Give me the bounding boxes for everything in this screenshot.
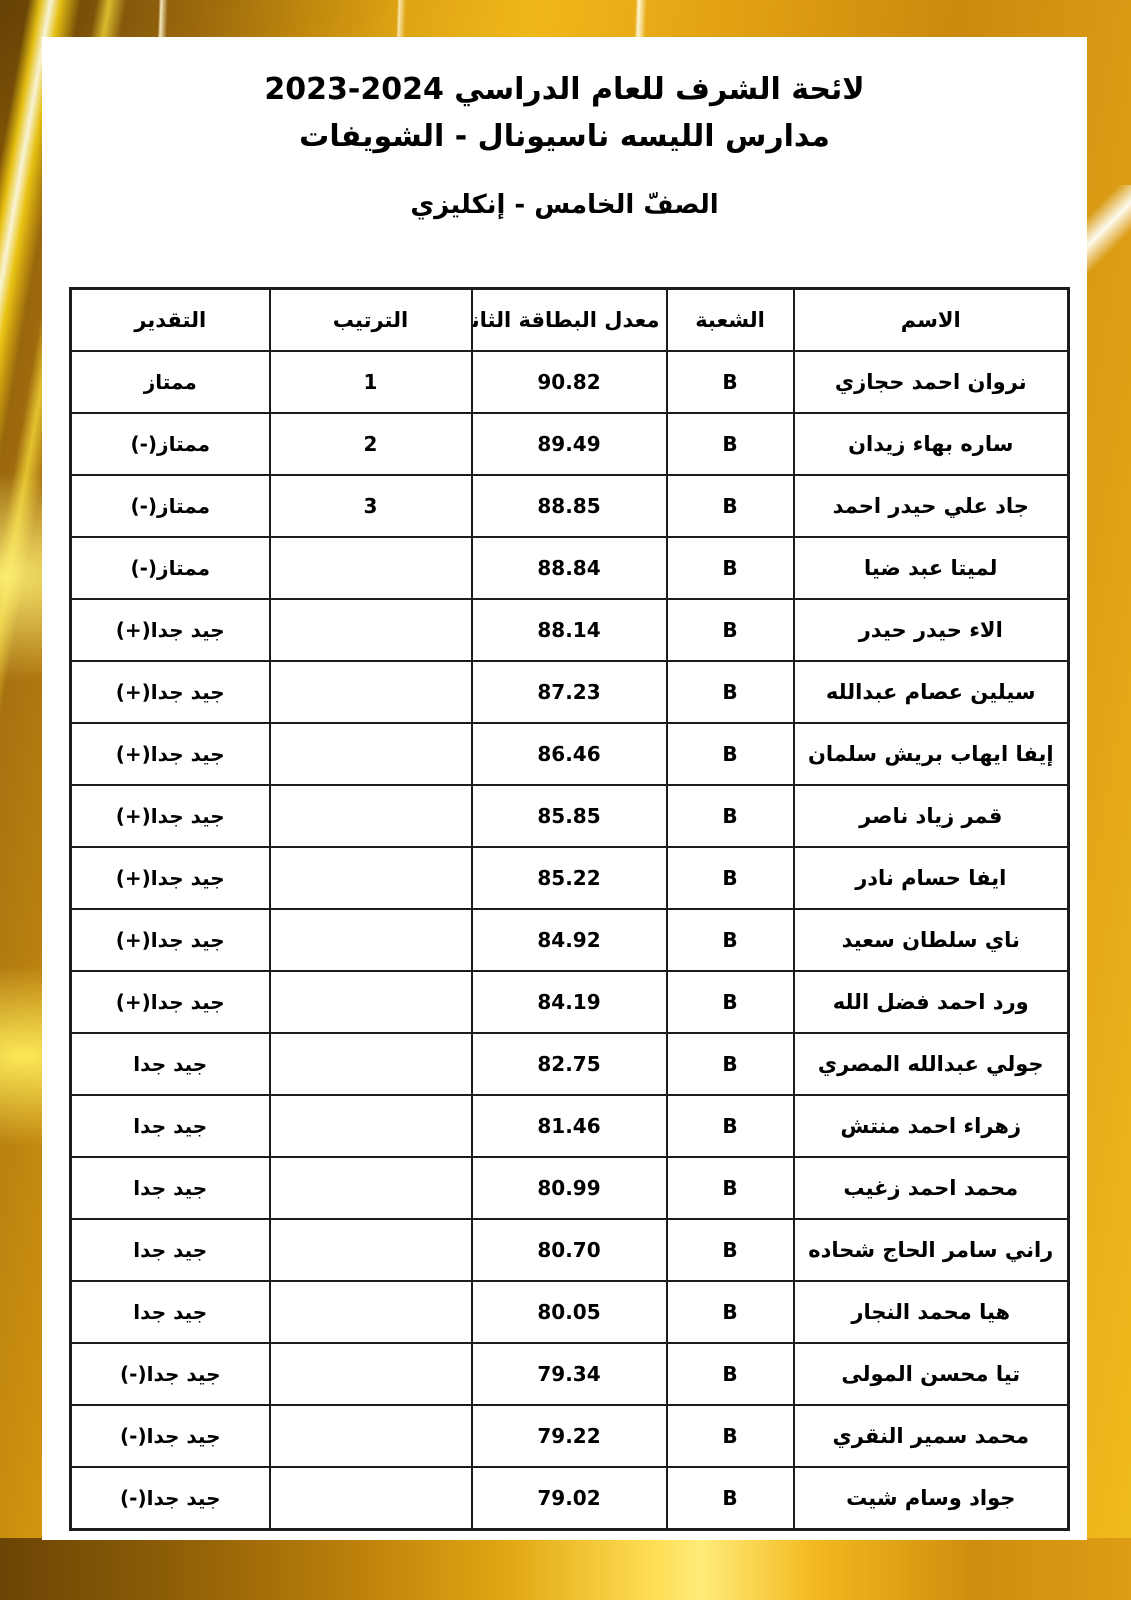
rank-cell: [270, 847, 472, 909]
student-name-cell: ايفا حسام نادر: [794, 847, 1069, 909]
rank-cell: [270, 1219, 472, 1281]
grade-cell: جيد جدا: [71, 1033, 270, 1095]
student-name-cell: لميتا عبد ضيا: [794, 537, 1069, 599]
grade-cell: جيد جدا: [71, 1095, 270, 1157]
student-name-cell: ناي سلطان سعيد: [794, 909, 1069, 971]
table-row: محمد سمير النقري B 79.22 جيد جدا(-): [71, 1405, 1069, 1467]
section-cell: B: [667, 351, 794, 413]
grade-cell: جيد جدا(+): [71, 847, 270, 909]
student-name-cell: تيا محسن المولى: [794, 1343, 1069, 1405]
rank-cell: [270, 599, 472, 661]
student-name-cell: جولي عبدالله المصري: [794, 1033, 1069, 1095]
grade-cell: جيد جدا(-): [71, 1405, 270, 1467]
student-name-cell: ورد احمد فضل الله: [794, 971, 1069, 1033]
grade-cell: جيد جدا(+): [71, 723, 270, 785]
document-page: لائحة الشرف للعام الدراسي 2024-2023 مدار…: [42, 37, 1087, 1540]
average-cell: 88.14: [472, 599, 667, 661]
section-cell: B: [667, 1219, 794, 1281]
average-cell: 80.70: [472, 1219, 667, 1281]
average-cell: 86.46: [472, 723, 667, 785]
grade-cell: ممتاز(-): [71, 537, 270, 599]
average-cell: 79.22: [472, 1405, 667, 1467]
table-row: ورد احمد فضل الله B 84.19 جيد جدا(+): [71, 971, 1069, 1033]
col-header-name: الاسم: [794, 289, 1069, 352]
title-block: لائحة الشرف للعام الدراسي 2024-2023 مدار…: [42, 37, 1087, 220]
table-row: جاد علي حيدر احمد B 88.85 3 ممتاز(-): [71, 475, 1069, 537]
table-row: ايفا حسام نادر B 85.22 جيد جدا(+): [71, 847, 1069, 909]
rank-cell: [270, 1095, 472, 1157]
rank-cell: 3: [270, 475, 472, 537]
section-cell: B: [667, 723, 794, 785]
student-name-cell: قمر زياد ناصر: [794, 785, 1069, 847]
grade-cell: جيد جدا(+): [71, 785, 270, 847]
rank-cell: [270, 1033, 472, 1095]
table-row: راني سامر الحاج شحاده B 80.70 جيد جدا: [71, 1219, 1069, 1281]
section-cell: B: [667, 1405, 794, 1467]
average-cell: 88.84: [472, 537, 667, 599]
rank-cell: 2: [270, 413, 472, 475]
average-cell: 84.19: [472, 971, 667, 1033]
grade-cell: ممتاز(-): [71, 475, 270, 537]
average-cell: 84.92: [472, 909, 667, 971]
rank-cell: [270, 1405, 472, 1467]
student-name-cell: سيلين عصام عبدالله: [794, 661, 1069, 723]
average-cell: 87.23: [472, 661, 667, 723]
section-cell: B: [667, 971, 794, 1033]
grade-cell: ممتاز: [71, 351, 270, 413]
student-name-cell: محمد احمد زغيب: [794, 1157, 1069, 1219]
section-cell: B: [667, 1157, 794, 1219]
table-row: زهراء احمد منتش B 81.46 جيد جدا: [71, 1095, 1069, 1157]
honor-roll-table: الاسم الشعبة معدل البطاقة الثانية الترتي…: [69, 287, 1070, 1531]
table-row: الاء حيدر حيدر B 88.14 جيد جدا(+): [71, 599, 1069, 661]
average-cell: 80.05: [472, 1281, 667, 1343]
rank-cell: [270, 1157, 472, 1219]
student-name-cell: زهراء احمد منتش: [794, 1095, 1069, 1157]
class-subject: الصفّ الخامس - إنكليزي: [42, 190, 1087, 220]
student-name-cell: إيفا ايهاب بريش سلمان: [794, 723, 1069, 785]
header-row: الاسم الشعبة معدل البطاقة الثانية الترتي…: [71, 289, 1069, 352]
table-row: هيا محمد النجار B 80.05 جيد جدا: [71, 1281, 1069, 1343]
student-name-cell: هيا محمد النجار: [794, 1281, 1069, 1343]
student-name-cell: جواد وسام شيت: [794, 1467, 1069, 1530]
student-name-cell: ساره بهاء زيدان: [794, 413, 1069, 475]
student-name-cell: جاد علي حيدر احمد: [794, 475, 1069, 537]
table-row: نروان احمد حجازي B 90.82 1 ممتاز: [71, 351, 1069, 413]
rank-cell: [270, 661, 472, 723]
grade-cell: جيد جدا(-): [71, 1467, 270, 1530]
section-cell: B: [667, 475, 794, 537]
table-row: ساره بهاء زيدان B 89.49 2 ممتاز(-): [71, 413, 1069, 475]
table-row: لميتا عبد ضيا B 88.84 ممتاز(-): [71, 537, 1069, 599]
section-cell: B: [667, 413, 794, 475]
col-header-rank: الترتيب: [270, 289, 472, 352]
table-row: محمد احمد زغيب B 80.99 جيد جدا: [71, 1157, 1069, 1219]
section-cell: B: [667, 785, 794, 847]
average-cell: 82.75: [472, 1033, 667, 1095]
table-row: جولي عبدالله المصري B 82.75 جيد جدا: [71, 1033, 1069, 1095]
rank-cell: [270, 1343, 472, 1405]
col-header-average: معدل البطاقة الثانية: [472, 289, 667, 352]
table-row: تيا محسن المولى B 79.34 جيد جدا(-): [71, 1343, 1069, 1405]
grade-cell: ممتاز(-): [71, 413, 270, 475]
section-cell: B: [667, 847, 794, 909]
average-cell: 81.46: [472, 1095, 667, 1157]
grade-cell: جيد جدا(+): [71, 599, 270, 661]
rank-cell: [270, 909, 472, 971]
grade-cell: جيد جدا(-): [71, 1343, 270, 1405]
average-cell: 88.85: [472, 475, 667, 537]
grade-cell: جيد جدا: [71, 1219, 270, 1281]
grade-cell: جيد جدا(+): [71, 661, 270, 723]
section-cell: B: [667, 909, 794, 971]
grade-cell: جيد جدا(+): [71, 971, 270, 1033]
section-cell: B: [667, 661, 794, 723]
rank-cell: 1: [270, 351, 472, 413]
table-row: إيفا ايهاب بريش سلمان B 86.46 جيد جدا(+): [71, 723, 1069, 785]
rank-cell: [270, 1281, 472, 1343]
table-row: سيلين عصام عبدالله B 87.23 جيد جدا(+): [71, 661, 1069, 723]
table-row: جواد وسام شيت B 79.02 جيد جدا(-): [71, 1467, 1069, 1530]
rank-cell: [270, 971, 472, 1033]
rank-cell: [270, 1467, 472, 1530]
honor-table-body: نروان احمد حجازي B 90.82 1 ممتاز ساره به…: [71, 351, 1069, 1530]
average-cell: 80.99: [472, 1157, 667, 1219]
section-cell: B: [667, 1095, 794, 1157]
student-name-cell: راني سامر الحاج شحاده: [794, 1219, 1069, 1281]
average-cell: 79.02: [472, 1467, 667, 1530]
section-cell: B: [667, 537, 794, 599]
section-cell: B: [667, 1467, 794, 1530]
section-cell: B: [667, 599, 794, 661]
student-name-cell: محمد سمير النقري: [794, 1405, 1069, 1467]
section-cell: B: [667, 1033, 794, 1095]
rank-cell: [270, 723, 472, 785]
col-header-grade: التقدير: [71, 289, 270, 352]
col-header-section: الشعبة: [667, 289, 794, 352]
average-cell: 90.82: [472, 351, 667, 413]
grade-cell: جيد جدا: [71, 1157, 270, 1219]
section-cell: B: [667, 1281, 794, 1343]
grade-cell: جيد جدا: [71, 1281, 270, 1343]
rank-cell: [270, 785, 472, 847]
student-name-cell: الاء حيدر حيدر: [794, 599, 1069, 661]
page-title: لائحة الشرف للعام الدراسي 2024-2023: [42, 67, 1087, 114]
table-row: قمر زياد ناصر B 85.85 جيد جدا(+): [71, 785, 1069, 847]
grade-cell: جيد جدا(+): [71, 909, 270, 971]
school-name: مدارس الليسه ناسيونال - الشويفات: [42, 114, 1087, 161]
section-cell: B: [667, 1343, 794, 1405]
average-cell: 85.85: [472, 785, 667, 847]
average-cell: 85.22: [472, 847, 667, 909]
table-row: ناي سلطان سعيد B 84.92 جيد جدا(+): [71, 909, 1069, 971]
average-cell: 89.49: [472, 413, 667, 475]
rank-cell: [270, 537, 472, 599]
student-name-cell: نروان احمد حجازي: [794, 351, 1069, 413]
average-cell: 79.34: [472, 1343, 667, 1405]
